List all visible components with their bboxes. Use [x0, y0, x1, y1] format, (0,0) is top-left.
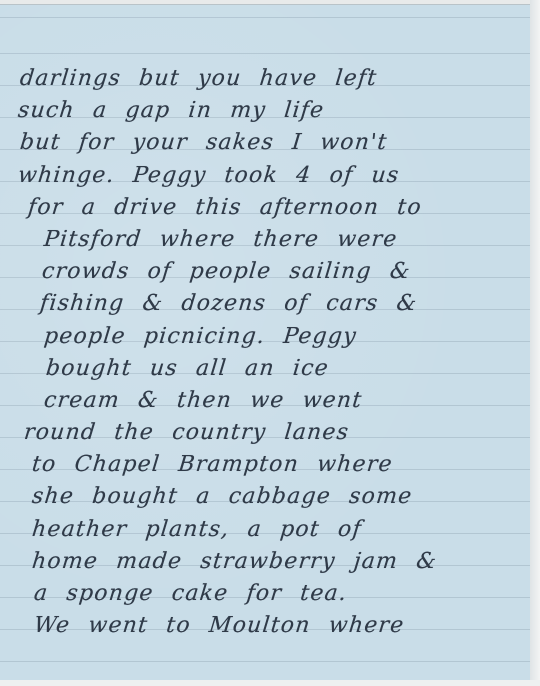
text-line: darlings but you have left: [16, 63, 519, 95]
text-line: bought us all an ice: [16, 353, 519, 385]
text-line: but for your sakes I won't: [16, 127, 519, 159]
text-line: We went to Moulton where: [16, 610, 519, 642]
lined-blue-paper: darlings but you have left such a gap in…: [0, 4, 530, 681]
scanner-margin-bottom: [0, 680, 540, 686]
text-line: people picnicing. Peggy: [16, 321, 519, 353]
scanned-page: darlings but you have left such a gap in…: [0, 0, 540, 686]
text-line: a sponge cake for tea.: [16, 578, 519, 610]
text-line: heather plants, a pot of: [16, 514, 519, 546]
text-line: crowds of people sailing &: [16, 256, 519, 288]
text-line: whinge. Peggy took 4 of us: [16, 160, 519, 192]
text-line: for a drive this afternoon to: [16, 192, 519, 224]
handwritten-text-body: darlings but you have left such a gap in…: [18, 63, 518, 642]
scanner-margin-right: [530, 0, 540, 686]
text-line: round the country lanes: [16, 417, 519, 449]
text-line: cream & then we went: [16, 385, 519, 417]
text-line: to Chapel Brampton where: [16, 449, 519, 481]
text-line: home made strawberry jam &: [16, 546, 519, 578]
text-line: she bought a cabbage some: [16, 481, 519, 513]
text-line: Pitsford where there were: [16, 224, 519, 256]
text-line: fishing & dozens of cars &: [16, 288, 519, 320]
text-line: such a gap in my life: [16, 95, 519, 127]
